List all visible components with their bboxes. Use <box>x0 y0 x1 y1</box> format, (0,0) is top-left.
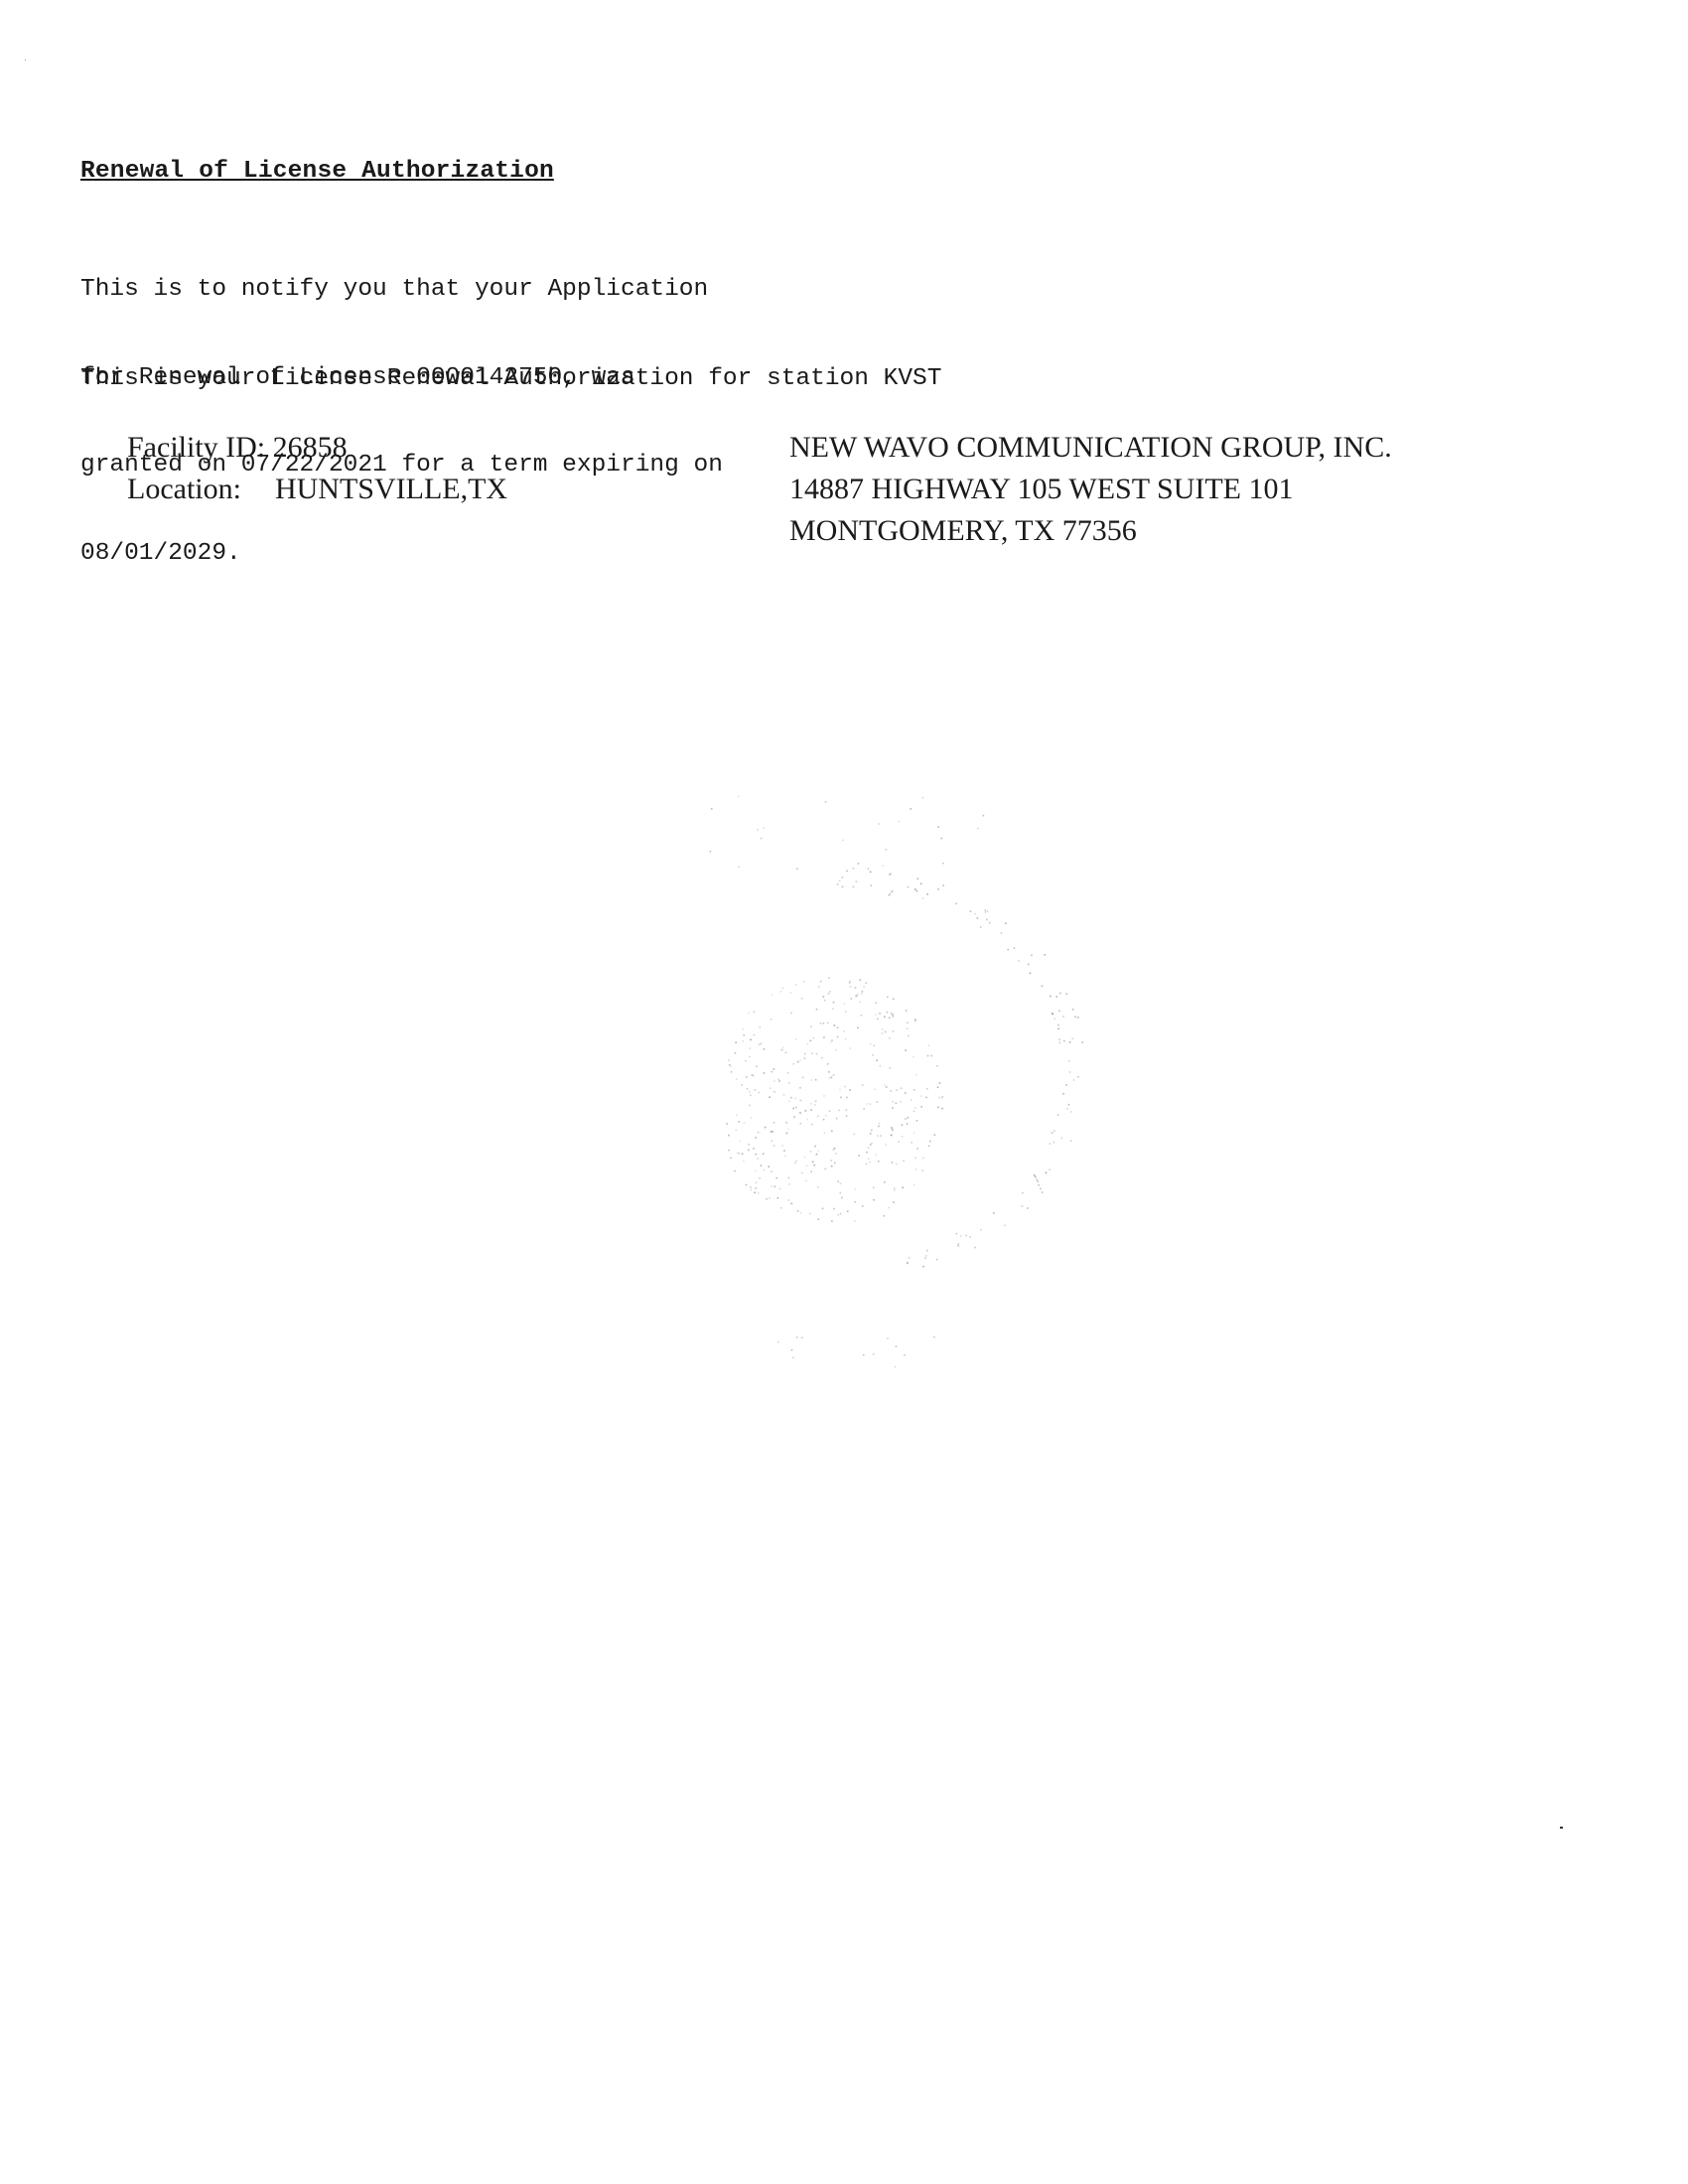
official-seal-watermark-icon <box>695 774 1152 1390</box>
document-page: Renewal of License Authorization This is… <box>0 0 1688 2184</box>
authorization-statement: This is your License Renewal Authorizati… <box>80 364 941 394</box>
licensee-address: NEW WAVO COMMUNICATION GROUP, INC. 14887… <box>789 427 1392 552</box>
facility-id-label: Facility ID: <box>127 431 265 464</box>
scan-speck <box>1560 1827 1563 1829</box>
document-title: Renewal of License Authorization <box>80 157 554 187</box>
licensee-address-line2: MONTGOMERY, TX 77356 <box>789 510 1392 552</box>
location-value: HUNTSVILLE,TX <box>275 473 507 505</box>
licensee-address-line1: 14887 HIGHWAY 105 WEST SUITE 101 <box>789 469 1392 510</box>
renewal-notice: This is to notify you that your Applicat… <box>80 216 723 626</box>
notice-line: 08/01/2029. <box>80 539 723 569</box>
scan-speck <box>25 60 26 61</box>
facility-info: Facility ID: 26858 Location:HUNTSVILLE,T… <box>127 427 507 510</box>
notice-line: This is to notify you that your Applicat… <box>80 275 723 305</box>
facility-id-row: Facility ID: 26858 <box>127 427 507 469</box>
licensee-name: NEW WAVO COMMUNICATION GROUP, INC. <box>789 427 1392 469</box>
location-row: Location:HUNTSVILLE,TX <box>127 469 507 510</box>
facility-id-value: 26858 <box>273 431 348 464</box>
location-label: Location: <box>127 473 241 505</box>
